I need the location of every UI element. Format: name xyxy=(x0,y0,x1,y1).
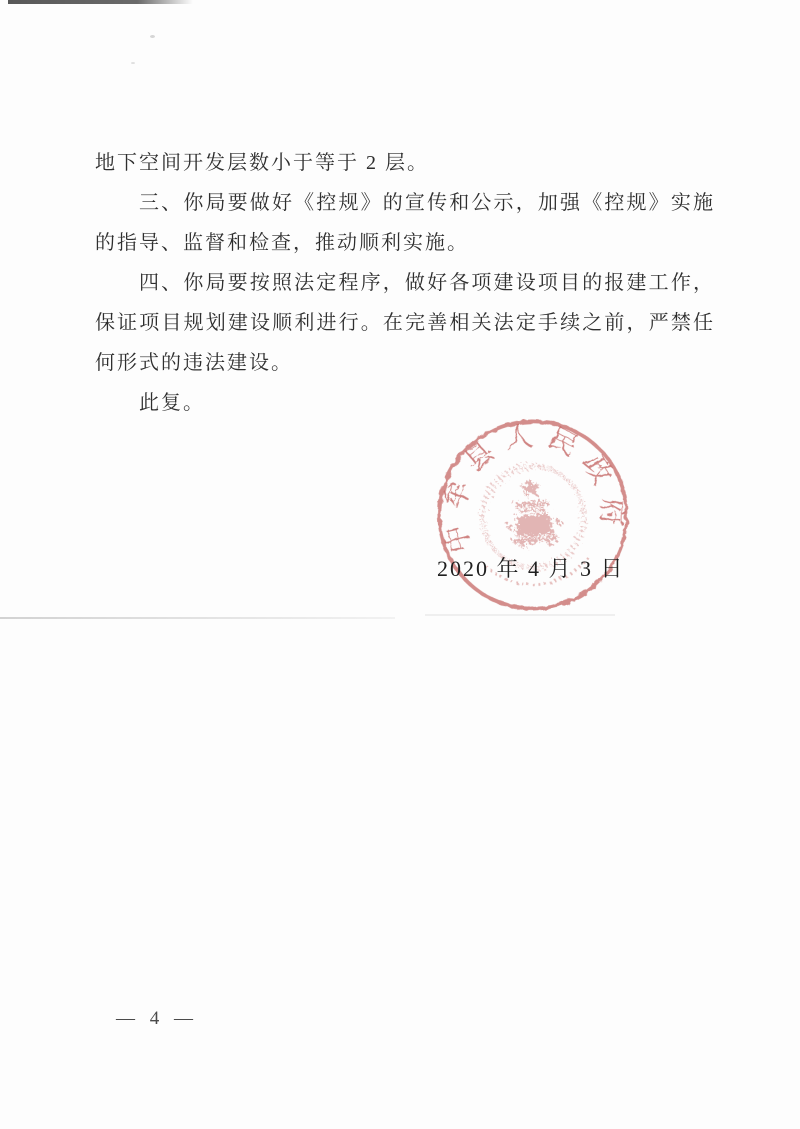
document-body: 地下空间开发层数小于等于 2 层。 三、你局要做好《控规》的宣传和公示，加强《控… xyxy=(95,143,715,423)
paragraph-item-3: 三、你局要做好《控规》的宣传和公示，加强《控规》实施的指导、监督和检查，推动顺利… xyxy=(95,183,715,263)
official-seal: 中牟县人民政府 xyxy=(420,402,646,628)
page-number: — 4 — xyxy=(116,1008,198,1030)
paragraph-continuation: 地下空间开发层数小于等于 2 层。 xyxy=(95,143,715,183)
emblem-gate xyxy=(514,513,553,537)
official-seal-graphic: 中牟县人民政府 xyxy=(420,402,646,628)
paragraph-item-4: 四、你局要按照法定程序，做好各项建设项目的报建工作，保证项目规划建设顺利进行。在… xyxy=(95,263,715,383)
emblem-star xyxy=(519,477,542,499)
scan-speck xyxy=(150,35,155,38)
scan-artifact-top-edge xyxy=(8,0,193,4)
scanned-document-page: 地下空间开发层数小于等于 2 层。 三、你局要做好《控规》的宣传和公示，加强《控… xyxy=(0,0,800,1129)
document-date: 2020 年 4 月 3 日 xyxy=(437,552,625,583)
scan-speck xyxy=(131,62,135,64)
scan-artifact-fold-line xyxy=(0,617,395,619)
